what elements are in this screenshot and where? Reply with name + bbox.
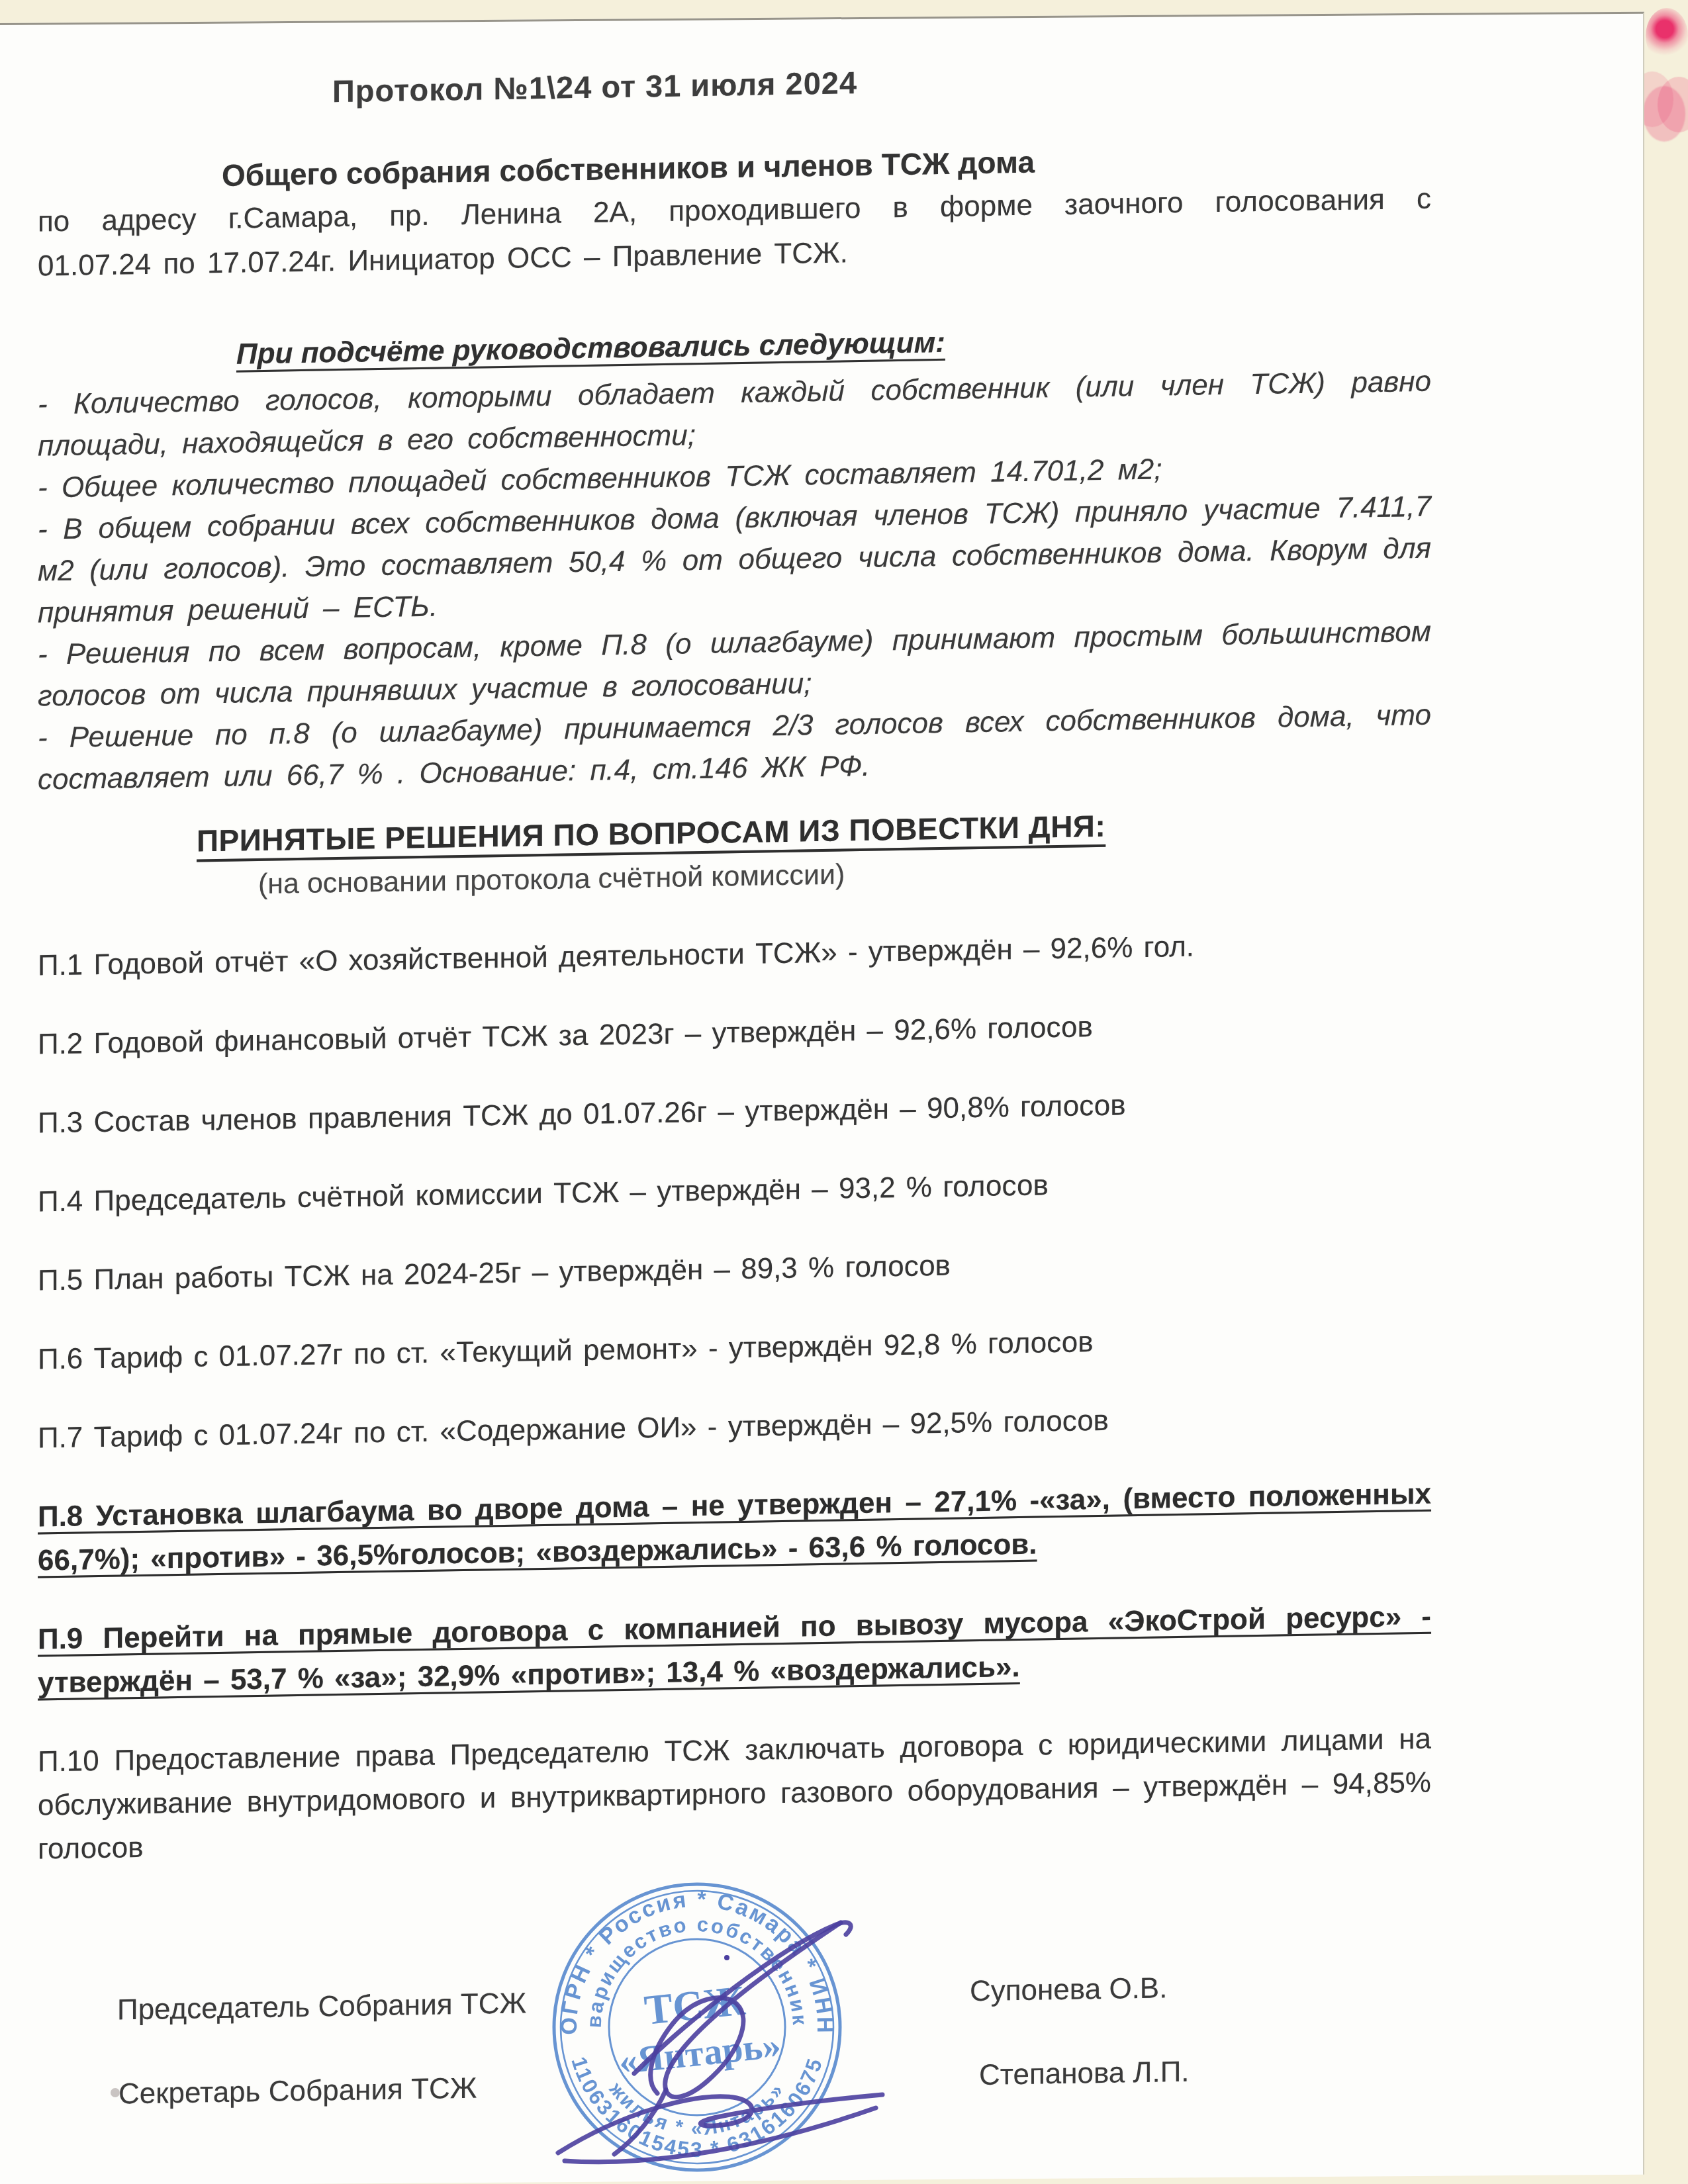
- decision-item: П.10 Предоставление права Председателю Т…: [38, 1717, 1431, 1872]
- decision-list: П.1 Годовой отчёт «О хозяйственной деяте…: [38, 921, 1431, 1907]
- scanned-page: Протокол №1\24 от 31 июля 2024 Общего со…: [0, 0, 1688, 2184]
- decision-item: П.5 План работы ТСЖ на 2024-25г – утверж…: [38, 1236, 1431, 1303]
- stamp-ink: ОГРН * Россия * Самара * ИНН 11063160154…: [502, 1862, 840, 2170]
- scan-speck: [111, 2088, 120, 2097]
- document-content: Протокол №1\24 от 31 июля 2024 Общего со…: [38, 2, 1431, 2183]
- decision-item: П.3 Состав членов правления ТСЖ до 01.07…: [38, 1079, 1431, 1146]
- header-dates-line: 01.07.24 по 17.07.24г. Инициатор ОСС – П…: [38, 227, 1431, 283]
- decision-item: П.9 Перейти на прямые договора с компани…: [38, 1595, 1431, 1706]
- signature-name-secretary: Степанова Л.П.: [979, 2036, 1688, 2092]
- decision-item: П.1 Годовой отчёт «О хозяйственной деяте…: [38, 921, 1431, 988]
- signature-name-chairman: Супонева О.В.: [970, 1952, 1688, 2008]
- decision-item: П.8 Установка шлагбаума во дворе дома – …: [38, 1473, 1431, 1583]
- decision-item: П.7 Тариф с 01.07.24г по ст. «Содержание…: [38, 1394, 1431, 1461]
- decision-item: П.6 Тариф с 01.07.27г по ст. «Текущий ре…: [38, 1315, 1431, 1382]
- document-paper: Протокол №1\24 от 31 июля 2024 Общего со…: [0, 12, 1644, 2184]
- document-title: Протокол №1\24 от 31 июля 2024: [38, 50, 1688, 114]
- counting-rule-item: - В общем собрании всех собственников до…: [38, 486, 1431, 634]
- counting-rules-list: - Количество голосов, которыми обладает …: [38, 361, 1431, 801]
- decision-item: П.4 Председатель счётной комиссии ТСЖ – …: [38, 1158, 1431, 1224]
- round-stamp: ОГРН * Россия * Самара * ИНН 11063160154…: [502, 1862, 899, 2184]
- decision-item: П.2 Годовой финансовый отчёт ТСЖ за 2023…: [38, 1000, 1431, 1067]
